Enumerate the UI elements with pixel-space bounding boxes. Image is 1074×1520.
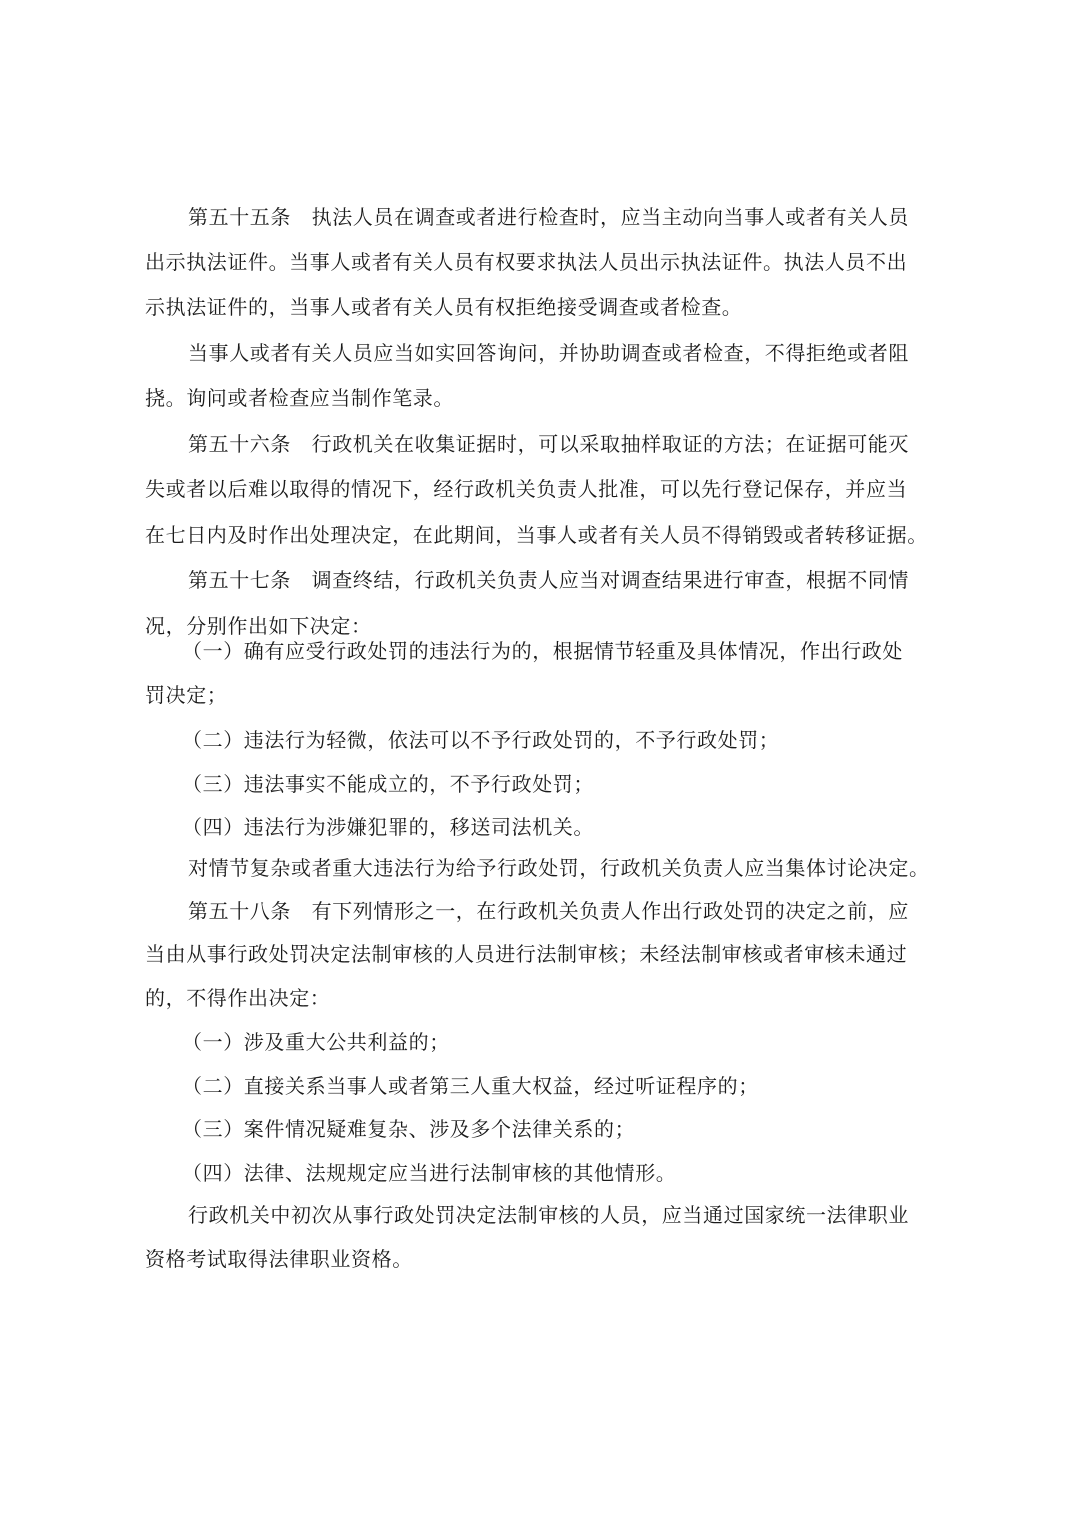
article-57-item-3: （三）违法事实不能成立的，不予行政处罚； bbox=[182, 772, 594, 796]
article-57-line-1: 第五十七条 调查终结，行政机关负责人应当对调查结果进行审查，根据不同情 bbox=[188, 568, 909, 592]
article-57-para2: 对情节复杂或者重大违法行为给予行政处罚，行政机关负责人应当集体讨论决定。 bbox=[188, 856, 930, 880]
article-58-item-4: （四）法律、法规规定应当进行法制审核的其他情形。 bbox=[182, 1161, 676, 1185]
article-57-item-4: （四）违法行为涉嫌犯罪的，移送司法机关。 bbox=[182, 815, 594, 839]
article-58-item-2: （二）直接关系当事人或者第三人重大权益，经过听证程序的； bbox=[182, 1074, 759, 1098]
article-58-item-1: （一）涉及重大公共利益的； bbox=[182, 1030, 450, 1054]
article-58-line-3: 的，不得作出决定： bbox=[145, 986, 330, 1010]
article-58-line-2: 当由从事行政处罚决定法制审核的人员进行法制审核；未经法制审核或者审核未通过 bbox=[145, 942, 907, 966]
article-55-line-1: 第五十五条 执法人员在调查或者进行检查时，应当主动向当事人或者有关人员 bbox=[188, 205, 909, 229]
article-55-line-3: 示执法证件的，当事人或者有关人员有权拒绝接受调查或者检查。 bbox=[145, 295, 742, 319]
document-page: 第五十五条 执法人员在调查或者进行检查时，应当主动向当事人或者有关人员 出示执法… bbox=[0, 0, 1074, 1520]
article-57-item-1-line-2: 罚决定； bbox=[145, 683, 227, 707]
article-56-line-1: 第五十六条 行政机关在收集证据时，可以采取抽样取证的方法；在证据可能灭 bbox=[188, 432, 909, 456]
article-57-item-2: （二）违法行为轻微，依法可以不予行政处罚的，不予行政处罚； bbox=[182, 728, 779, 752]
article-57-line-2: 况，分别作出如下决定： bbox=[145, 614, 372, 638]
article-58-item-3: （三）案件情况疑难复杂、涉及多个法律关系的； bbox=[182, 1117, 635, 1141]
article-58-para2-line-2: 资格考试取得法律职业资格。 bbox=[145, 1247, 413, 1271]
article-55-line-2: 出示执法证件。当事人或者有关人员有权要求执法人员出示执法证件。执法人员不出 bbox=[145, 250, 907, 274]
article-55-para2-line-1: 当事人或者有关人员应当如实回答询问，并协助调查或者检查，不得拒绝或者阻 bbox=[188, 341, 909, 365]
article-56-line-2: 失或者以后难以取得的情况下，经行政机关负责人批准，可以先行登记保存，并应当 bbox=[145, 477, 907, 501]
article-55-para2-line-2: 挠。询问或者检查应当制作笔录。 bbox=[145, 386, 454, 410]
article-58-line-1: 第五十八条 有下列情形之一，在行政机关负责人作出行政处罚的决定之前，应 bbox=[188, 899, 909, 923]
article-58-para2-line-1: 行政机关中初次从事行政处罚决定法制审核的人员，应当通过国家统一法律职业 bbox=[188, 1203, 909, 1227]
article-56-line-3: 在七日内及时作出处理决定，在此期间，当事人或者有关人员不得销毁或者转移证据。 bbox=[145, 523, 928, 547]
article-57-item-1-line-1: （一）确有应受行政处罚的违法行为的，根据情节轻重及具体情况，作出行政处 bbox=[182, 639, 903, 663]
